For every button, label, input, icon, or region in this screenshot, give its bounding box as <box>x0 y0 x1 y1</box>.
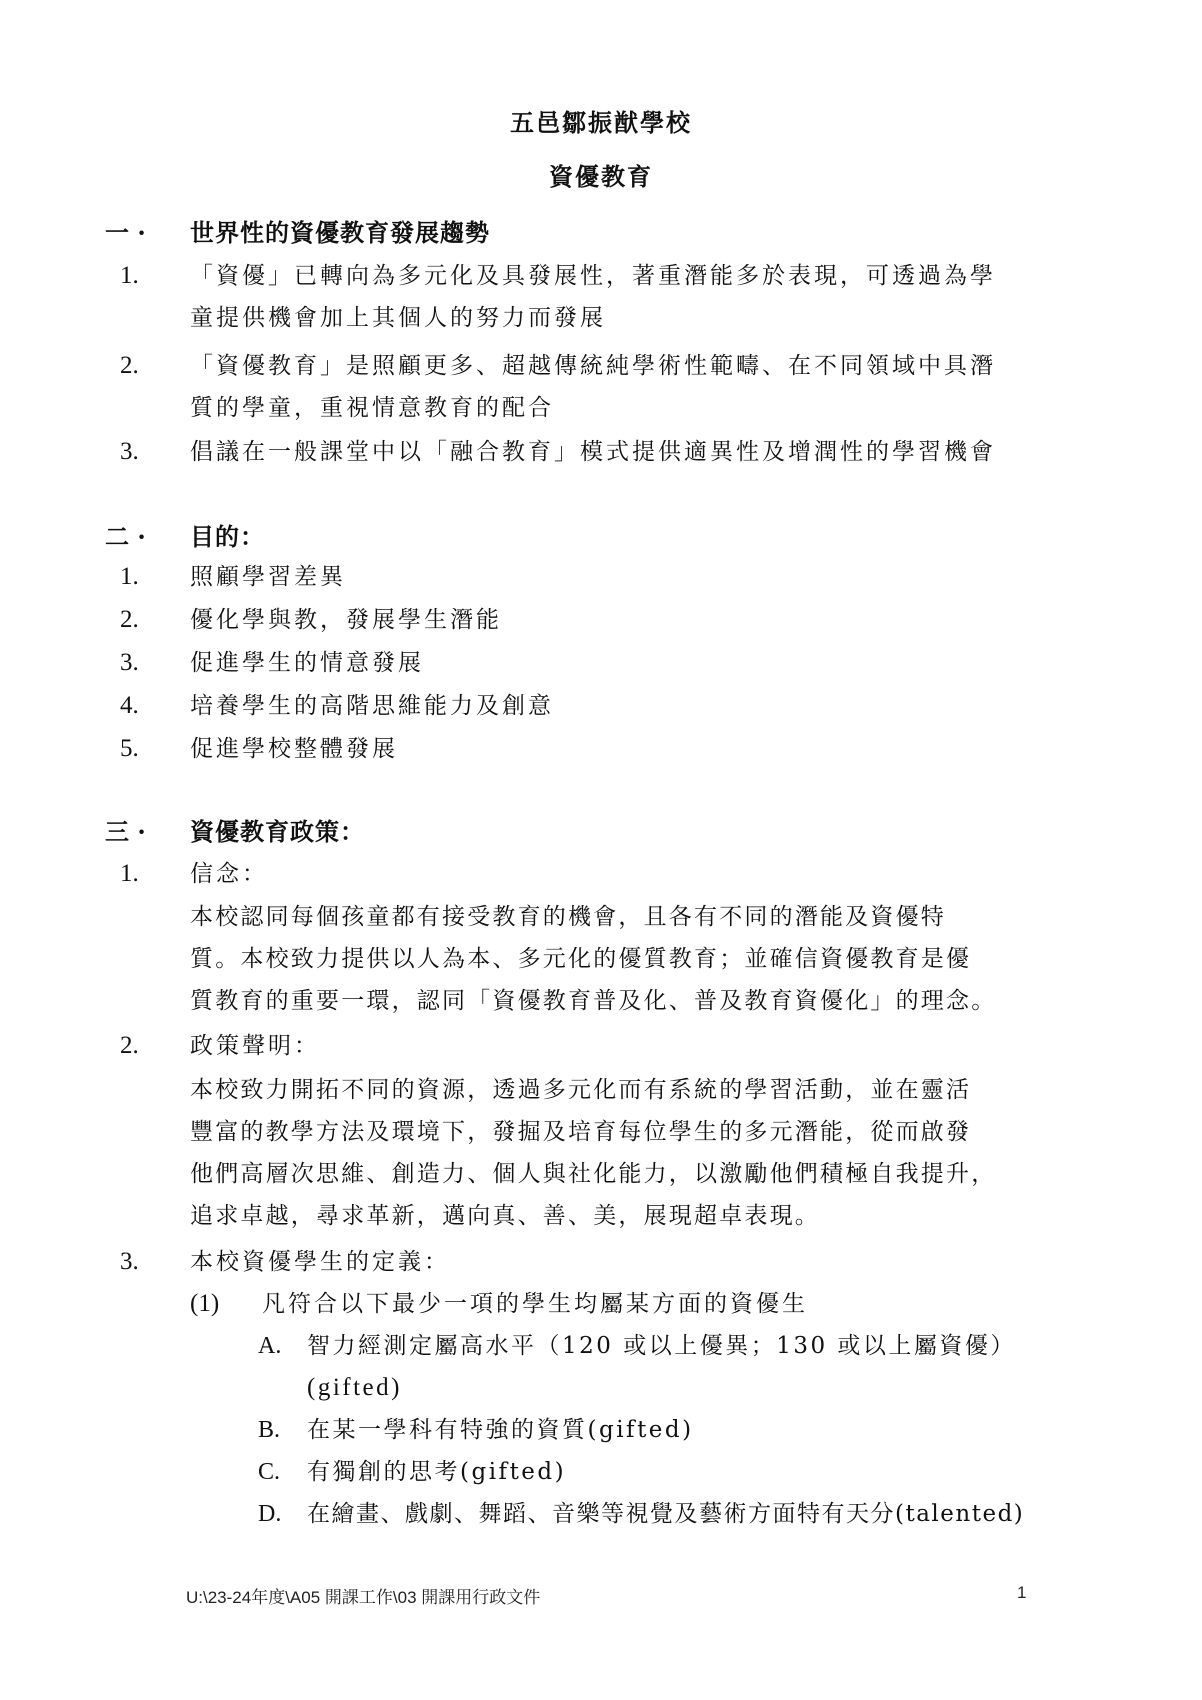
item-text-line: 質的學童，重視情意教育的配合 <box>190 387 554 429</box>
item-text-line: 促進學校整體發展 <box>190 728 398 770</box>
item-heading: 本校資優學生的定義： <box>190 1241 450 1283</box>
item-number: 2. <box>120 345 139 387</box>
criterion-label: A. <box>258 1325 281 1367</box>
document-title: 資優教育 <box>0 157 1202 192</box>
item-number: 1. <box>120 853 139 895</box>
criterion-label: D. <box>258 1493 281 1535</box>
section-number: 二 · <box>105 516 146 558</box>
item-number: 1. <box>120 255 139 297</box>
item-text-line: 「資優」已轉向為多元化及具發展性，著重潛能多於表現，可透過為學 <box>190 255 996 297</box>
section-number: 一 · <box>105 212 146 254</box>
item-number: 3. <box>120 1241 139 1283</box>
school-name: 五邑鄒振猷學校 <box>0 103 1202 138</box>
item-number: 4. <box>120 685 139 727</box>
item-text-line: 培養學生的高階思維能力及創意 <box>190 685 554 727</box>
section-number: 三 · <box>105 811 146 853</box>
paragraph-line: 質。本校致力提供以人為本、多元化的優質教育；並確信資優教育是優 <box>190 938 1090 980</box>
item-text-line: 照顧學習差異 <box>190 556 346 598</box>
criterion-text: 智力經測定屬高水平（120 或以上優異；130 或以上屬資優） <box>307 1325 1016 1367</box>
criterion-label: B. <box>258 1409 280 1451</box>
criterion-text: (gifted) <box>307 1367 402 1409</box>
item-heading: 政策聲明： <box>190 1025 320 1067</box>
criterion-text: 有獨創的思考(gifted) <box>307 1451 566 1493</box>
section-title: 資優教育政策： <box>190 811 365 853</box>
item-text-line: 童提供機會加上其個人的努力而發展 <box>190 297 606 339</box>
criterion-text: 在繪畫、戲劇、舞蹈、音樂等視覺及藝術方面特有天分(talented) <box>307 1493 1024 1535</box>
sub-item-number: (1) <box>190 1283 219 1325</box>
footer-file-path: U:\23-24年度\A05 開課工作\03 開課用行政文件 <box>186 1583 540 1608</box>
paragraph-line: 追求卓越，尋求革新，邁向真、善、美，展現超卓表現。 <box>190 1195 1090 1237</box>
paragraph-line: 他們高層次思維、創造力、個人與社化能力，以激勵他們積極自我提升， <box>190 1153 1090 1195</box>
paragraph-line: 質教育的重要一環，認同「資優教育普及化、普及教育資優化」的理念。 <box>190 980 1090 1022</box>
policy-paragraph: 本校致力開拓不同的資源，透過多元化而有系統的學習活動，並在靈活 豐富的教學方法及… <box>190 1069 1090 1237</box>
section-title: 世界性的資優教育發展趨勢 <box>190 212 490 254</box>
criterion-label: C. <box>258 1451 280 1493</box>
paragraph-line: 豐富的教學方法及環境下，發掘及培育每位學生的多元潛能，從而啟發 <box>190 1111 1090 1153</box>
belief-paragraph: 本校認同每個孩童都有接受教育的機會，且各有不同的潛能及資優特 質。本校致力提供以… <box>190 896 1090 1022</box>
paragraph-line: 本校認同每個孩童都有接受教育的機會，且各有不同的潛能及資優特 <box>190 896 1090 938</box>
sub-item-text: 凡符合以下最少一項的學生均屬某方面的資優生 <box>262 1283 808 1325</box>
page-number: 1 <box>1017 1583 1026 1603</box>
item-number: 2. <box>120 599 139 641</box>
item-text-line: 「資優教育」是照顧更多、超越傳統純學術性範疇、在不同領域中具潛 <box>190 345 996 387</box>
section-title: 目的： <box>190 516 265 558</box>
item-number: 3. <box>120 642 139 684</box>
item-text-line: 促進學生的情意發展 <box>190 642 424 684</box>
item-number: 2. <box>120 1025 139 1067</box>
item-text-line: 倡議在一般課堂中以「融合教育」模式提供適異性及增潤性的學習機會 <box>190 431 996 473</box>
paragraph-line: 本校致力開拓不同的資源，透過多元化而有系統的學習活動，並在靈活 <box>190 1069 1090 1111</box>
item-number: 3. <box>120 431 139 473</box>
item-text-line: 優化學與教，發展學生潛能 <box>190 599 502 641</box>
item-number: 1. <box>120 556 139 598</box>
item-number: 5. <box>120 728 139 770</box>
item-heading: 信念： <box>190 853 268 895</box>
criterion-text: 在某一學科有特強的資質(gifted) <box>307 1409 694 1451</box>
document-page: 五邑鄒振猷學校 資優教育 一 · 世界性的資優教育發展趨勢 1. 「資優」已轉向… <box>0 0 1202 1700</box>
